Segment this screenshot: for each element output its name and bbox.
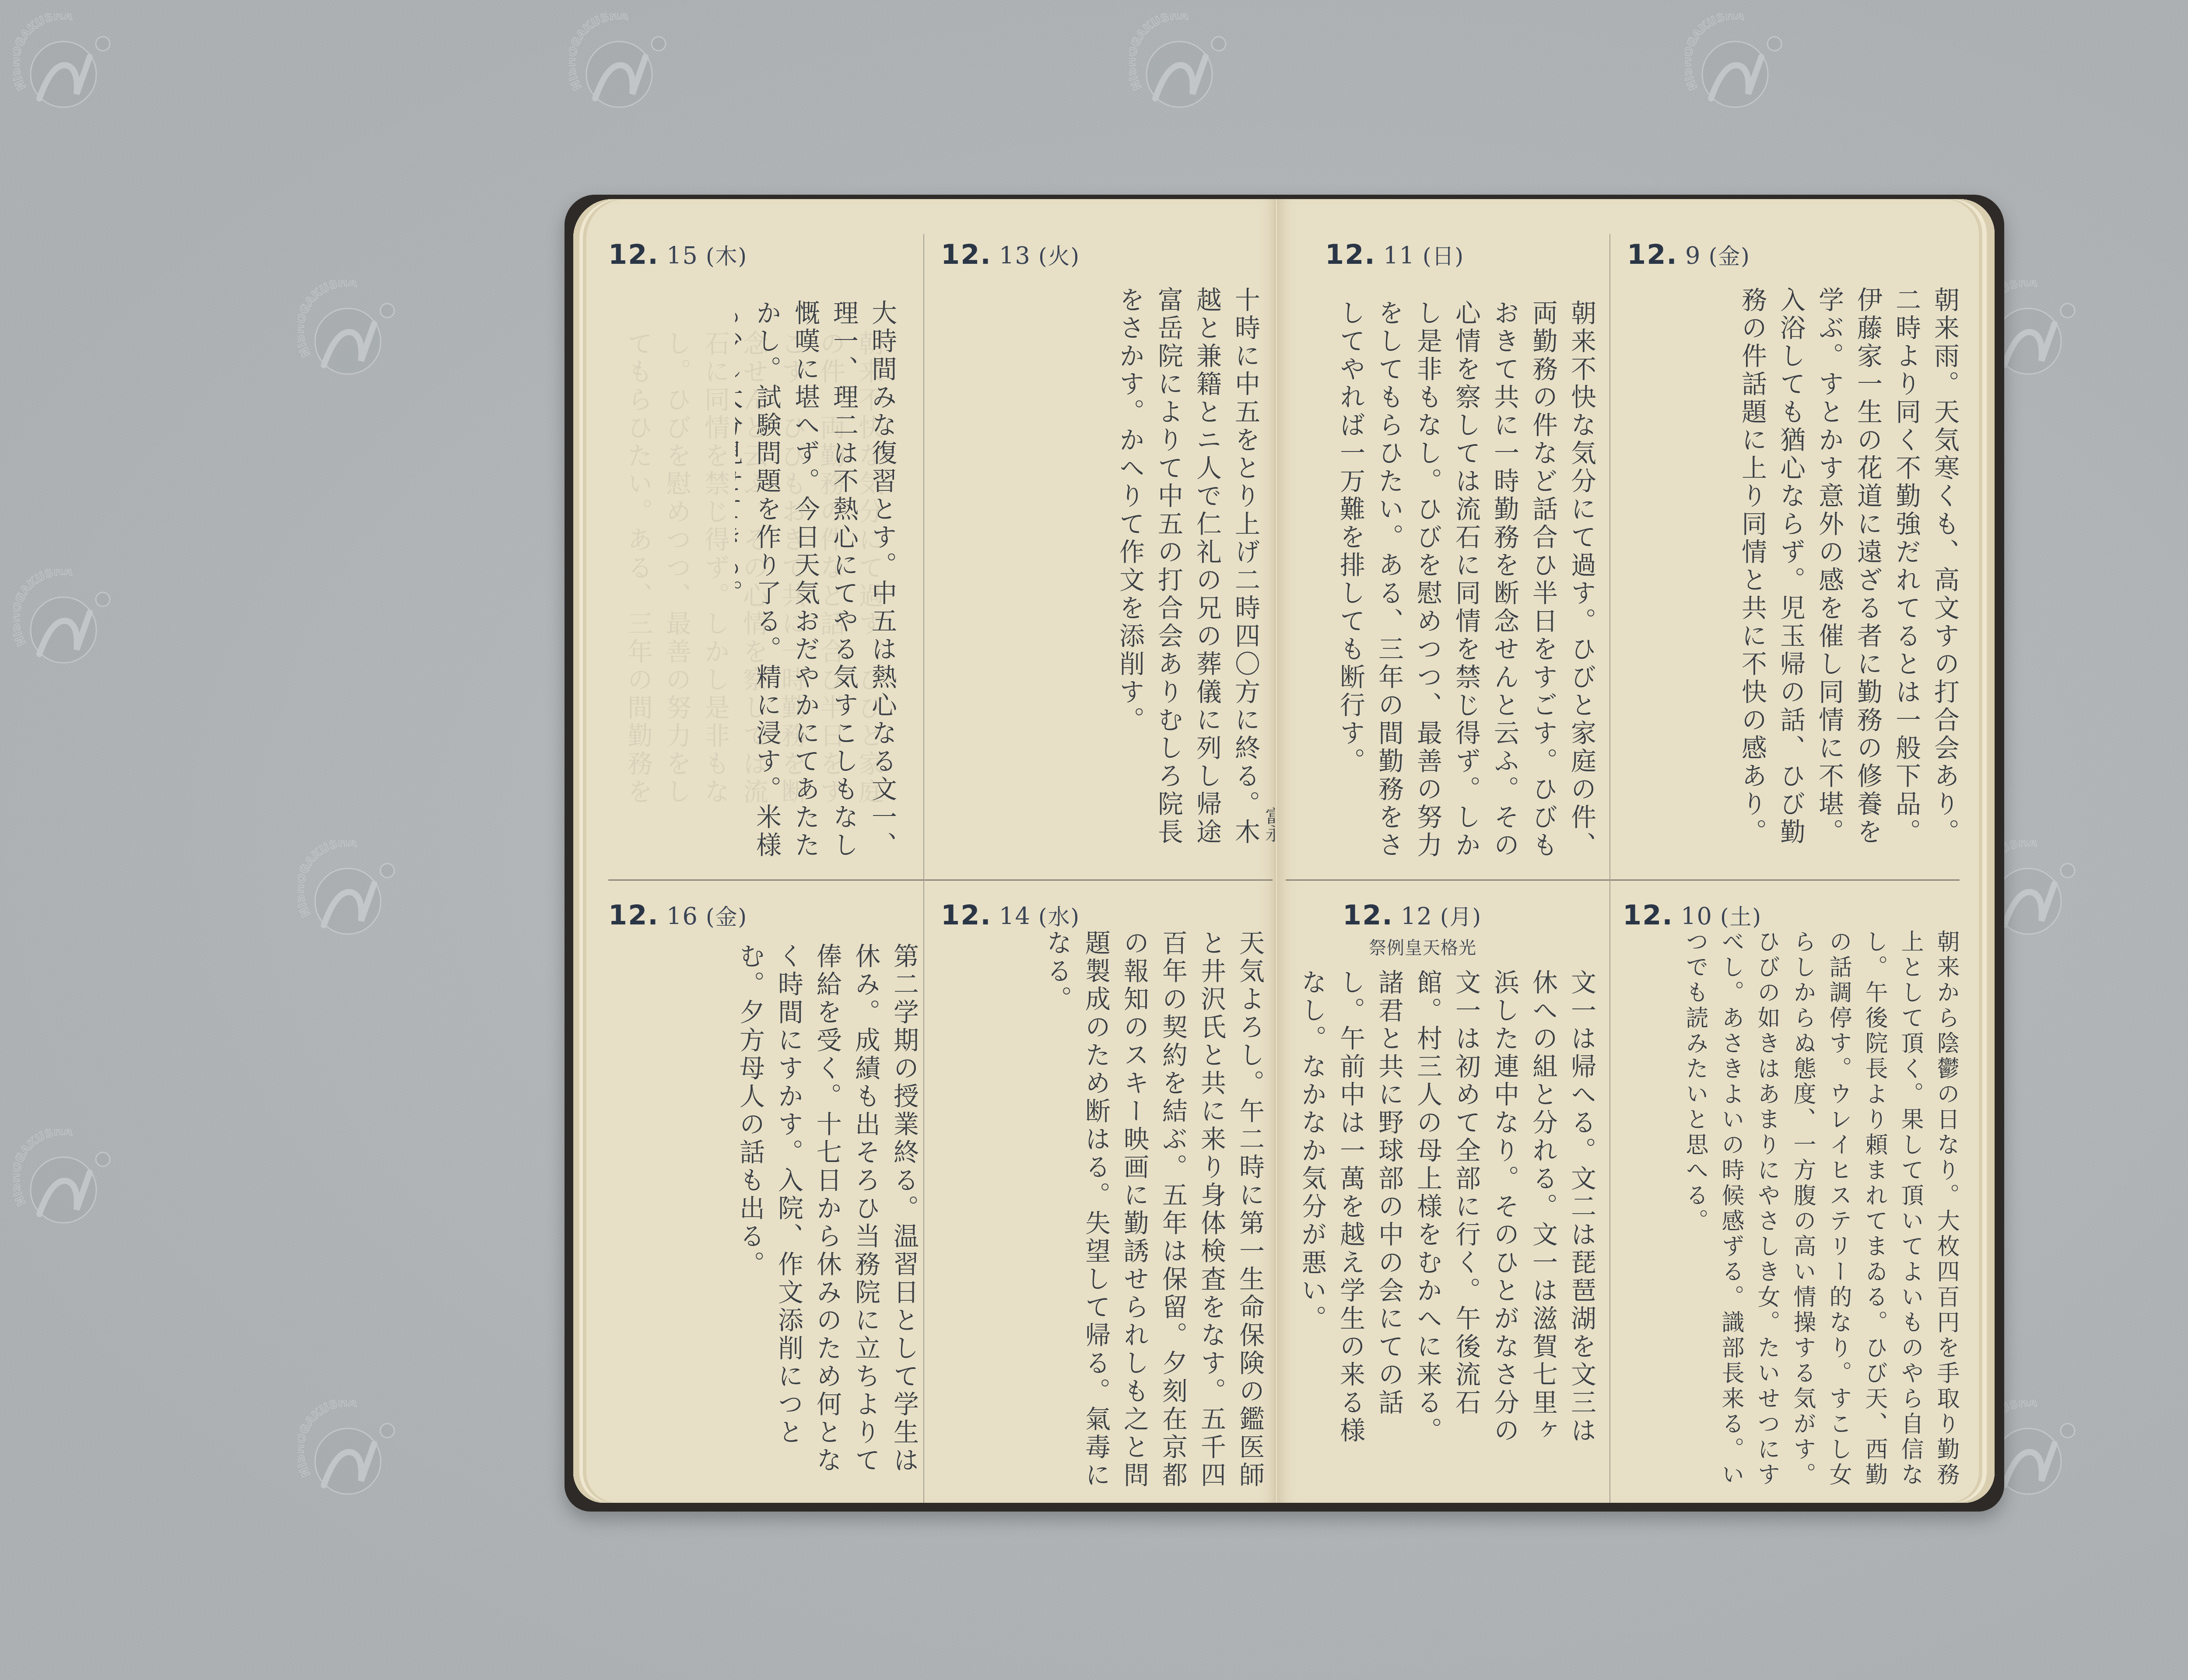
date-header: 12. 11 (日)	[1325, 238, 1464, 270]
weekday-label: (日)	[1423, 244, 1464, 269]
day-label: 14	[999, 903, 1031, 930]
weekday-label: (月)	[1440, 904, 1482, 930]
handwritten-entry: 文一は帰へる。文二は琵琶湖を文三は休への組と分れる。文一は滋賀七里ヶ浜した連中な…	[1303, 969, 1601, 1472]
diary-cell-12-9: 12. 9 (金) 朝来雨。天気寒くも、高文すの打合会あり。二時より同く不勤強だ…	[1609, 199, 1986, 879]
handwritten-entry: 天気よろし。午二時に第一生命保険の鑑医師と井沢氏と共に来り身体検査をなす。五千四…	[1033, 930, 1269, 1490]
month-label: 12.	[1627, 238, 1678, 270]
diary-cell-12-12: 12. 12 (月) 祭例皇天格光 文一は帰へる。文二は琵琶湖を文三は休への組と…	[1277, 882, 1609, 1503]
month-label: 12.	[1623, 899, 1673, 931]
month-label: 12.	[608, 899, 659, 931]
handwritten-entry: 朝来不快な気分にて過す。ひびと家庭の件、両勤務の件など話合ひ半日をすごす。ひびも…	[1286, 300, 1601, 873]
horizontal-divider	[608, 879, 1273, 881]
date-header: 12. 15 (木)	[608, 238, 747, 270]
day-label: 9	[1685, 242, 1701, 269]
diary-cell-12-14: 12. 14 (水) 天気よろし。午二時に第一生命保険の鑑医師と井沢氏と共に来り…	[923, 882, 1273, 1503]
date-header: 12. 10 (土)	[1623, 899, 1762, 931]
diary-cell-12-13: 12. 13 (火) 十時に中五をとり上げ二時四〇方に終る。木越と兼籍とニ人で仁…	[923, 199, 1273, 879]
weekday-label: (火)	[1038, 244, 1080, 269]
open-diary-book: 朝来不快な気分にて過す。ひびと家庭の件、両勤務の件など話合ひ半日をすごす。ひびも…	[565, 195, 2004, 1512]
diary-cell-12-16: 12. 16 (金) 第二学期の授業終る。温習日として学生は休み。成績も出そろひ…	[591, 882, 923, 1503]
month-label: 12.	[941, 238, 992, 270]
date-header: 12. 13 (火)	[941, 238, 1080, 270]
month-label: 12.	[941, 899, 992, 931]
month-label: 12.	[1343, 899, 1393, 931]
diary-cell-12-10: 12. 10 (土) 朝来から陰鬱の日なり。大枚四百円を手取り勤務上として頂く。…	[1609, 882, 1986, 1503]
day-label: 11	[1383, 242, 1415, 269]
handwritten-entry: 第二学期の授業終る。温習日として学生は休み。成績も出そろひ当務院に立ちよりて俸給…	[713, 943, 923, 1481]
handwritten-entry: 朝来から陰鬱の日なり。大枚四百円を手取り勤務上として頂く。果して頂いてよいものや…	[1614, 930, 1964, 1498]
weekday-label: (木)	[706, 244, 747, 269]
diary-cell-12-15: 12. 15 (木) 大時間みな復習とす。中五は熱心なる文一、理一、理二は不熱心…	[591, 199, 923, 879]
handwritten-entry: 朝来雨。天気寒くも、高文すの打合会あり。二時より同く不勤強だれてるとは一般下品。…	[1719, 287, 1964, 855]
right-page: 12. 11 (日) 朝来不快な気分にて過す。ひびと家庭の件、両勤務の件など話合…	[1277, 199, 1995, 1503]
left-page: 朝来不快な気分にて過す。ひびと家庭の件、両勤務の件など話合ひ半日をすごす。ひびも…	[573, 199, 1277, 1503]
weekday-label: (土)	[1720, 904, 1762, 930]
handwritten-entry: 大時間みな復習とす。中五は熱心なる文一、理一、理二は不熱心にてやる気すこしもなし…	[735, 300, 901, 860]
diary-cell-12-11: 12. 11 (日) 朝来不快な気分にて過す。ひびと家庭の件、両勤務の件など話合…	[1277, 199, 1609, 879]
date-header: 12. 9 (金)	[1627, 238, 1750, 270]
horizontal-divider	[1286, 879, 1960, 881]
month-label: 12.	[608, 238, 659, 270]
month-label: 12.	[1325, 238, 1376, 270]
date-header: 12. 14 (水)	[941, 899, 1080, 931]
weekday-label: (水)	[1038, 904, 1080, 930]
weekday-label: (金)	[706, 904, 747, 930]
day-label: 15	[666, 242, 698, 269]
day-label: 12	[1401, 903, 1433, 930]
day-label: 13	[999, 242, 1031, 269]
day-label: 10	[1681, 903, 1713, 930]
printed-holiday-note: 祭例皇天格光	[1369, 934, 1476, 959]
date-header: 12. 12 (月)	[1343, 899, 1482, 931]
date-header: 12. 16 (金)	[608, 899, 747, 931]
day-label: 16	[666, 903, 698, 930]
weekday-label: (金)	[1709, 244, 1750, 269]
handwritten-entry: 十時に中五をとり上げ二時四〇方に終る。木越と兼籍とニ人で仁礼の兄の葬儀に列し帰途…	[1063, 287, 1265, 864]
